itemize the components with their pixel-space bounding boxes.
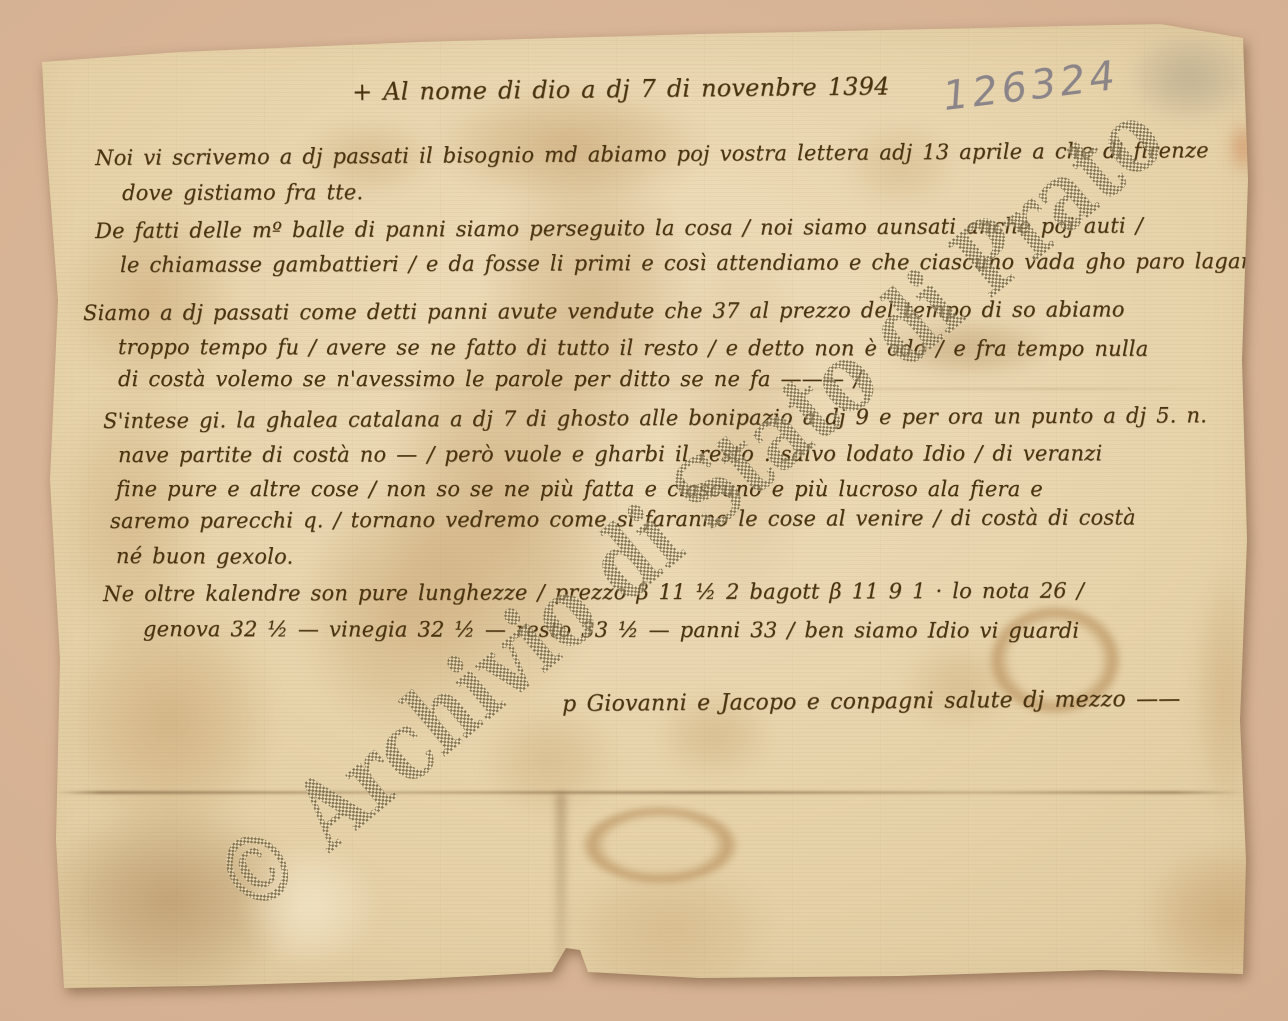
manuscript-line-10: fine pure e altre cose / non so se ne pi… bbox=[116, 477, 1043, 501]
manuscript-line-2: dove gistiamo fra tte. bbox=[122, 180, 363, 205]
paper-shadow-wrap: + Al nome di dio a dj 7 di novenbre 1394… bbox=[0, 0, 1288, 1021]
letter-heading: + Al nome di dio a dj 7 di novenbre 1394 bbox=[352, 72, 890, 106]
manuscript-line-4: le chiamasse gambattieri / e da fosse li… bbox=[120, 249, 1261, 277]
manuscript-line-7: di costà volemo se n'avessimo le parole … bbox=[118, 367, 861, 391]
manuscript-line-9: nave partite di costà no — / però vuole … bbox=[118, 441, 1102, 467]
scan-background: + Al nome di dio a dj 7 di novenbre 1394… bbox=[0, 0, 1288, 1021]
manuscript-line-11: saremo parecchi q. / tornano vedremo com… bbox=[110, 505, 1136, 533]
manuscript-line-5: Siamo a dj passati come detti panni avut… bbox=[83, 297, 1125, 325]
manuscript-line-14: genova 32 ½ — vinegia 32 ½ — resto 33 ½ … bbox=[143, 617, 1079, 643]
manuscript-line-6: troppo tempo fu / avere se ne fatto di t… bbox=[118, 335, 1148, 361]
manuscript-line-13: Ne oltre kalendre son pure lunghezze / p… bbox=[103, 579, 1084, 606]
manuscript-paper: + Al nome di dio a dj 7 di novenbre 1394… bbox=[0, 0, 1288, 1021]
manuscript-line-12: né buon gexolo. bbox=[116, 544, 294, 569]
